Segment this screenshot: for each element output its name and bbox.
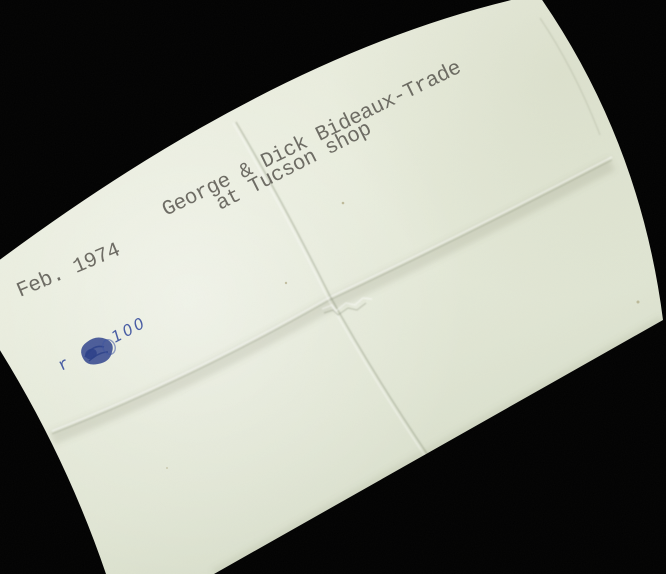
film-grain (0, 0, 666, 574)
photo-stage: Feb. 1974 George & Dick Bideaux-Trade at… (0, 0, 666, 574)
photo-canvas: Feb. 1974 George & Dick Bideaux-Trade at… (0, 0, 666, 574)
